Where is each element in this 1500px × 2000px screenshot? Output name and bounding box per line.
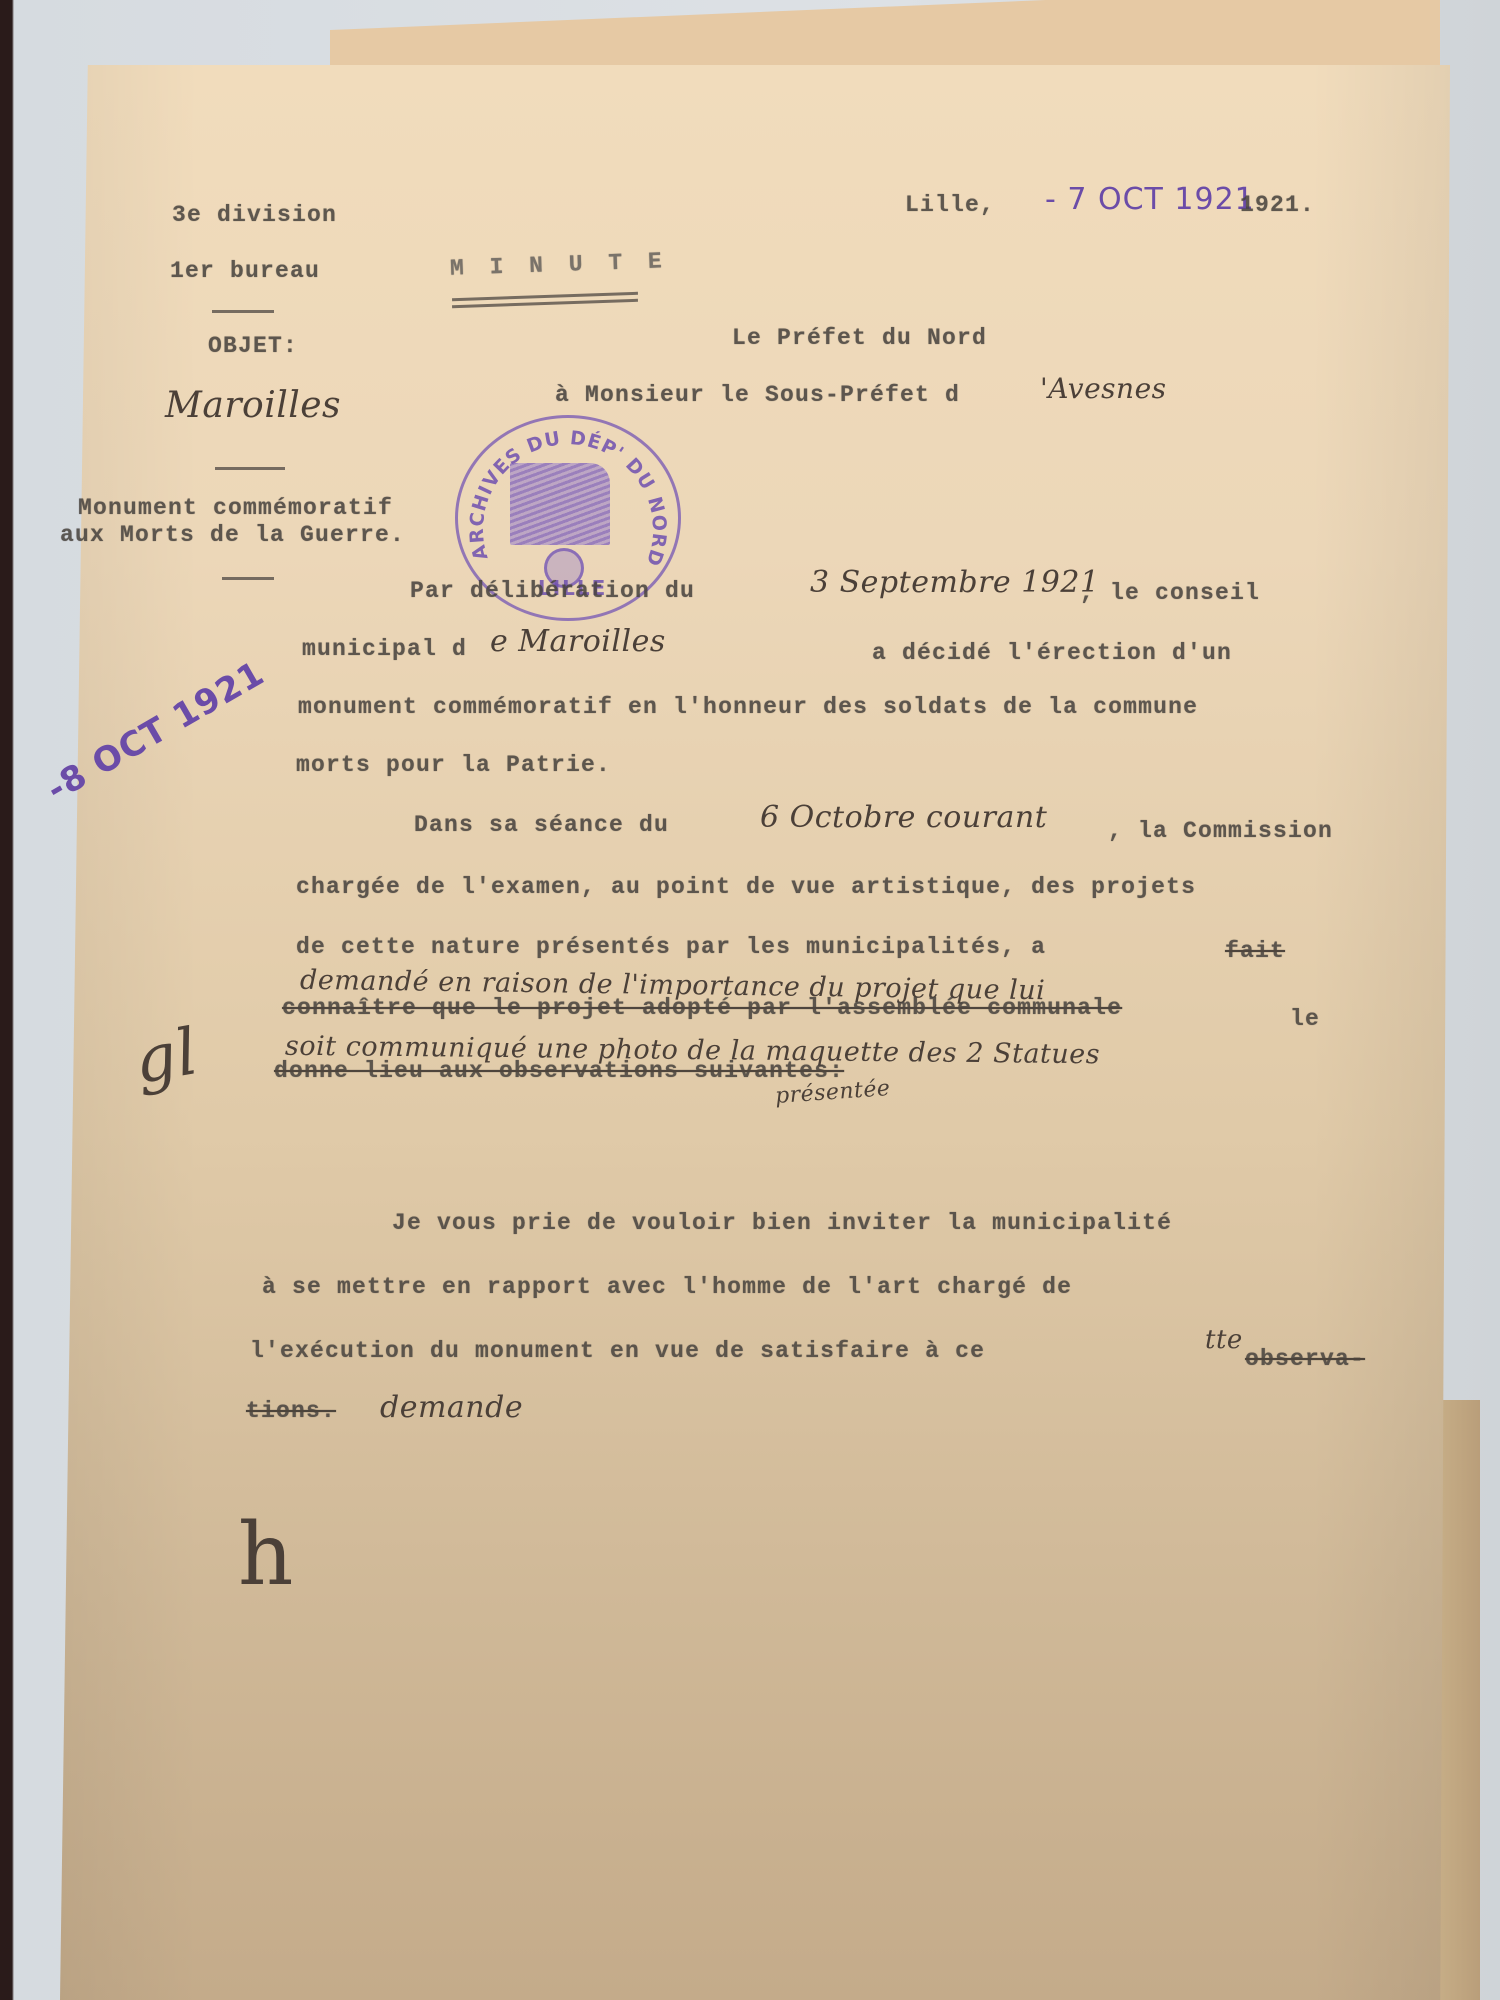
recipient-handwritten: 'Avesnes: [1040, 372, 1167, 405]
p3-line3-a: l'exécution du monument en vue de satisf…: [250, 1338, 985, 1364]
date-typed-year: 1921.: [1240, 192, 1315, 218]
p2-line3-struck: fait: [1225, 938, 1285, 964]
p1-line1-handwritten: 3 Septembre 1921: [810, 565, 1100, 600]
date-city: Lille,: [905, 192, 995, 218]
p2-line3-a: de cette nature présentés par les munici…: [296, 934, 1046, 960]
subject-line-2: aux Morts de la Guerre.: [60, 522, 405, 548]
p1-line1-a: Par délibération du: [410, 578, 695, 604]
subject-line-1: Monument commémoratif: [78, 495, 393, 521]
objet-label: OBJET:: [208, 333, 298, 359]
p3-line3-struck: observa-: [1245, 1346, 1365, 1372]
p2-line4-struck: connaître que le projet adopté par l'ass…: [282, 995, 1122, 1021]
p2-line1-a: Dans sa séance du: [414, 812, 669, 838]
p1-line2-handwritten: e Maroilles: [490, 624, 666, 659]
p2-line1-b: , la Commission: [1108, 818, 1333, 844]
p3-line1: Je vous prie de vouloir bien inviter la …: [392, 1210, 1172, 1236]
margin-initials-bottom: h: [238, 1505, 294, 1605]
p3-line2: à se mettre en rapport avec l'homme de l…: [262, 1274, 1072, 1300]
p2-line1-handwritten: 6 Octobre courant: [760, 800, 1047, 835]
p2-line2: chargée de l'examen, au point de vue art…: [296, 874, 1196, 900]
divider: [215, 467, 285, 470]
divider: [222, 577, 274, 580]
p1-line3: monument commémoratif en l'honneur des s…: [298, 694, 1198, 720]
p1-line4: morts pour la Patrie.: [296, 752, 611, 778]
p1-line2-a: municipal d: [302, 636, 467, 662]
objet-commune-handwritten: Maroilles: [165, 385, 341, 426]
divider: [212, 310, 274, 313]
p2-line5-struck: donne lieu aux observations suivantes:: [274, 1058, 844, 1084]
bureau-label: 1er bureau: [170, 258, 320, 284]
p3-line3-handwritten: tte: [1205, 1325, 1243, 1355]
p1-line2-b: a décidé l'érection d'un: [872, 640, 1232, 666]
date-stamp: - 7 OCT 1921: [1045, 182, 1255, 217]
p2-line4-tail: le: [1290, 1006, 1320, 1032]
p3-line4-struck: tions.: [246, 1398, 336, 1424]
recipient: à Monsieur le Sous-Préfet d: [555, 382, 960, 408]
division-label: 3e division: [172, 202, 337, 228]
p1-line1-b: , le conseil: [1080, 580, 1260, 606]
sender: Le Préfet du Nord: [732, 325, 987, 351]
p3-line4-handwritten: demande: [380, 1390, 523, 1425]
back-sheet-edge: [1440, 1400, 1480, 2000]
margin-initials-mid: gl: [129, 1015, 203, 1099]
seal-emblem: [510, 463, 610, 545]
